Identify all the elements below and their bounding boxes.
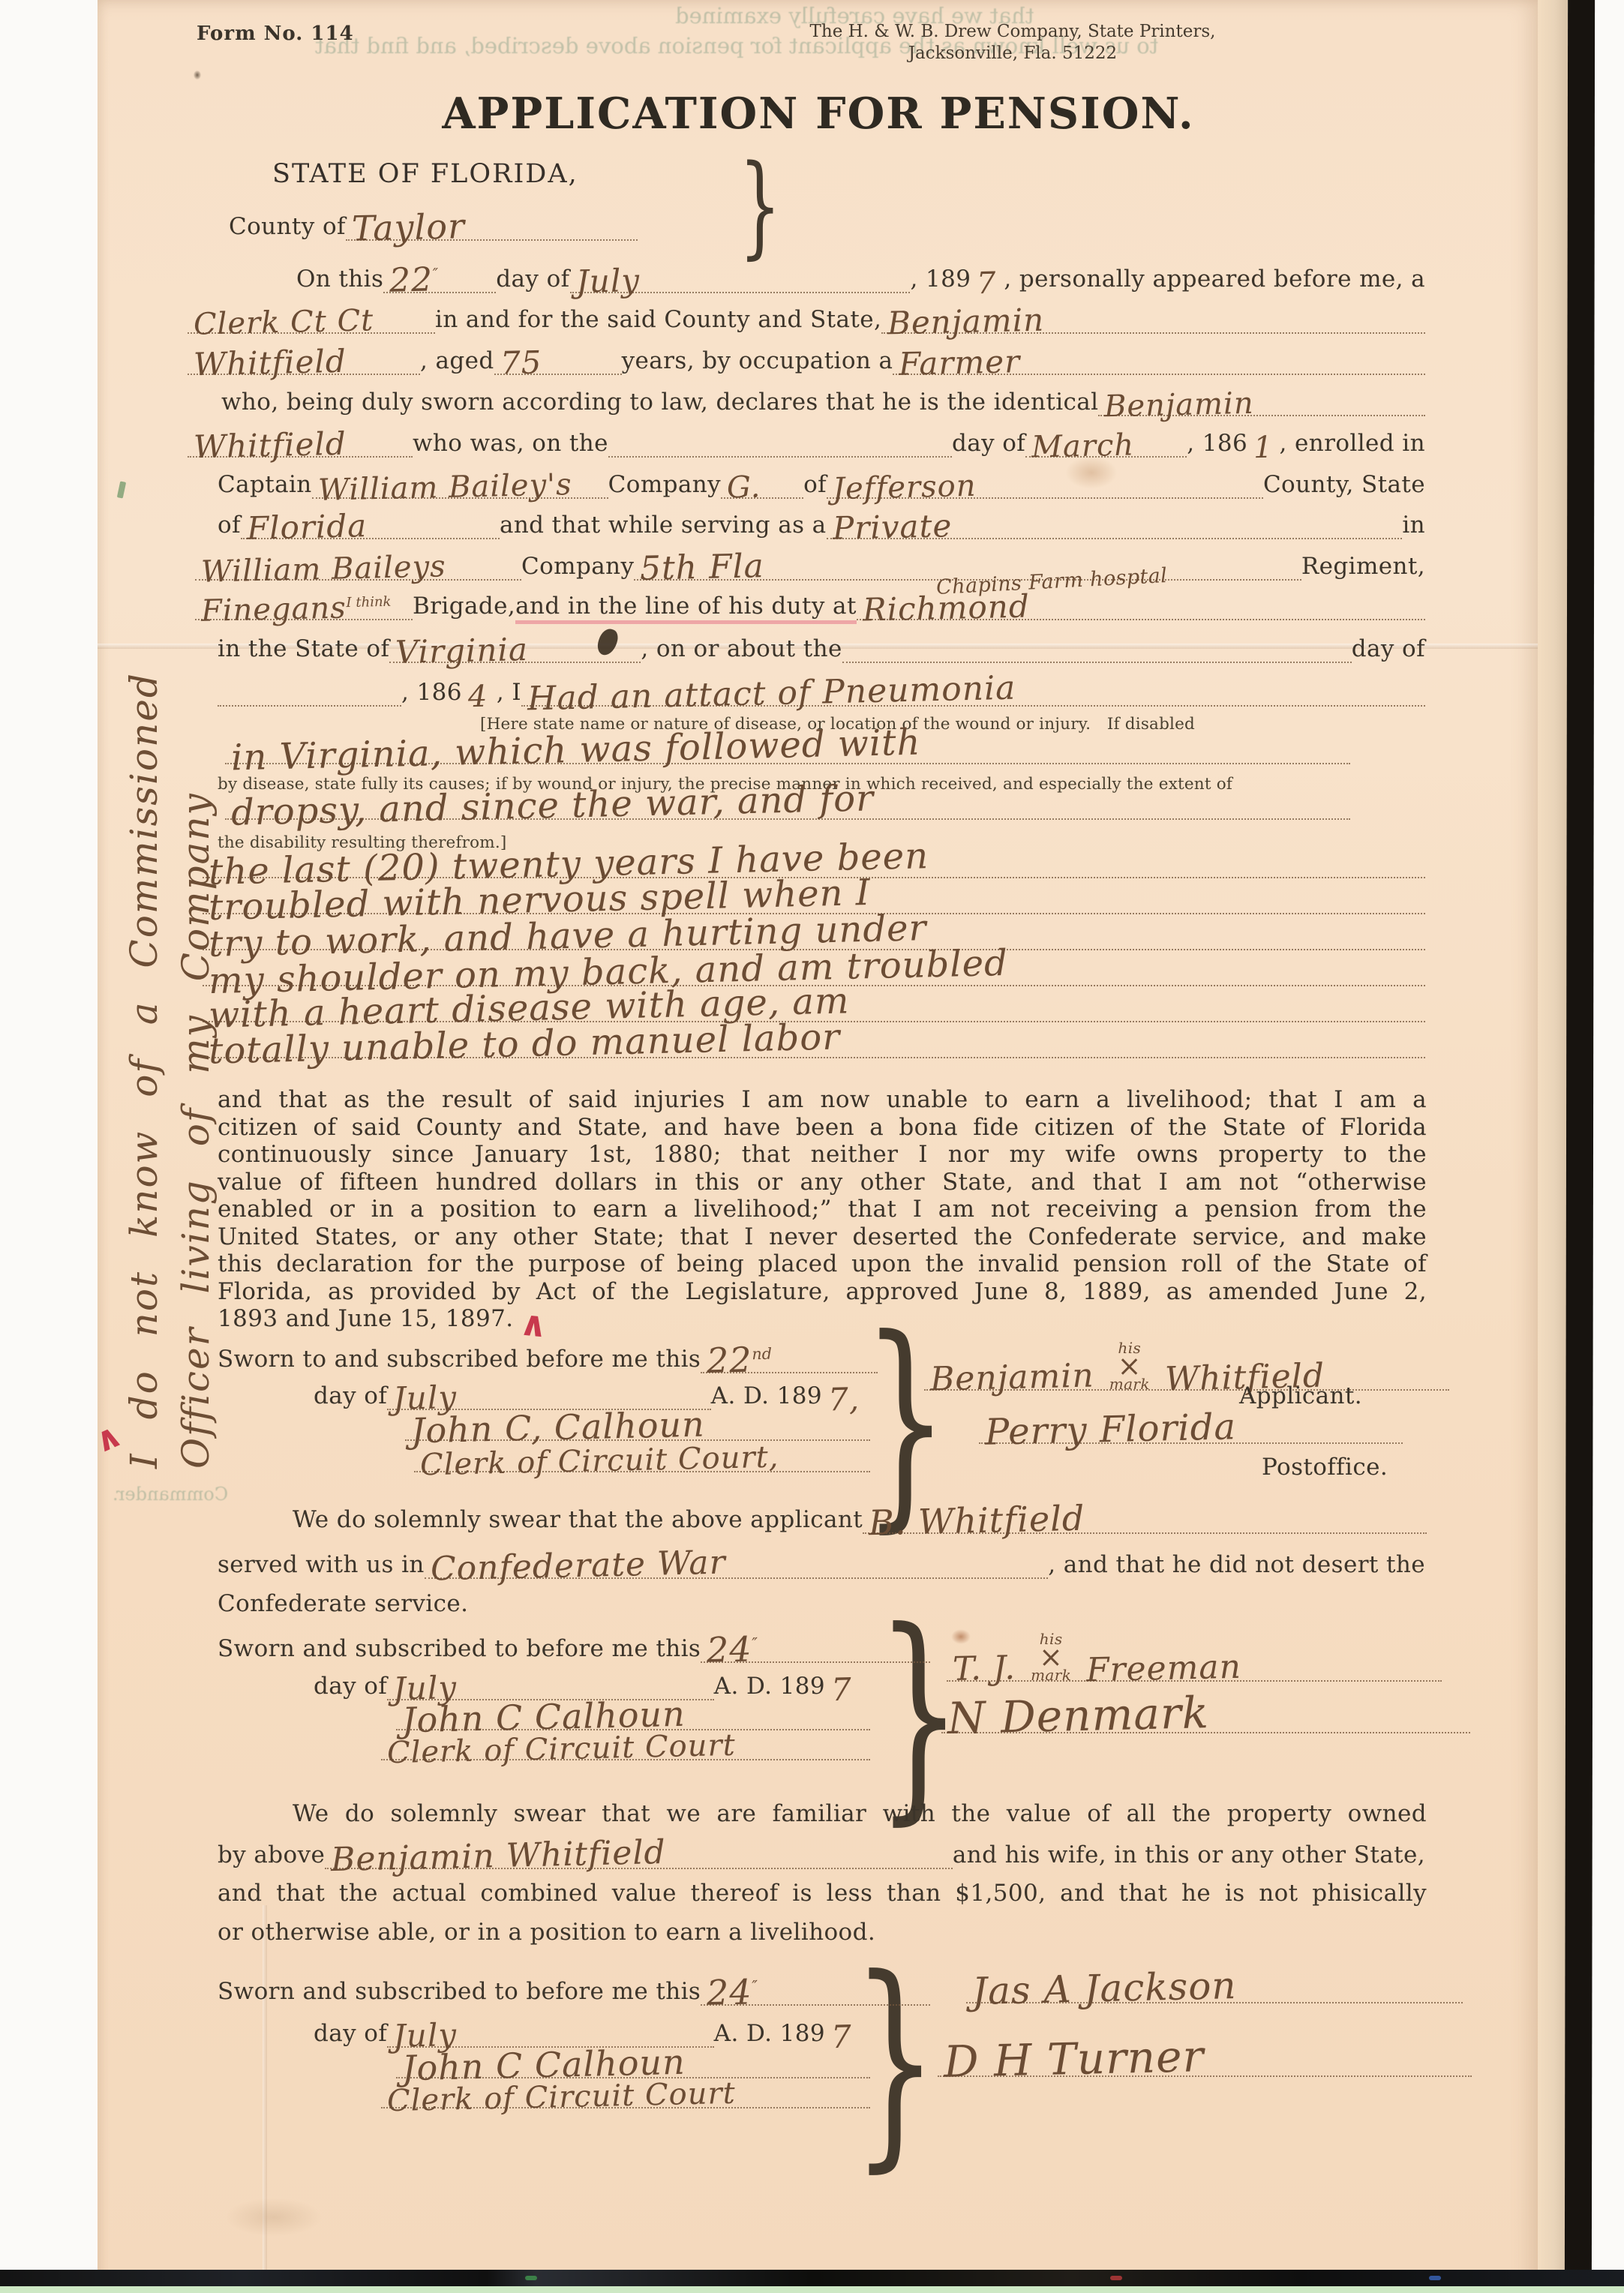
form-line: Confederate service. xyxy=(218,1590,1425,1618)
blank-rule xyxy=(842,662,1352,663)
form-line: Perry Florida xyxy=(979,1412,1403,1444)
x-mark: × xyxy=(1039,1646,1063,1668)
handwritten-entry: William Bailey's xyxy=(311,470,578,506)
entry-rule: March xyxy=(1025,431,1187,458)
entry-rule: Taylor xyxy=(346,210,638,241)
form-line: N Denmark xyxy=(941,1694,1470,1733)
state-heading: STATE OF FLORIDA, xyxy=(272,159,578,189)
entry-rule: try to work, and have a hurting under xyxy=(203,918,1425,950)
his-mark-cross: his×mark xyxy=(1031,1632,1071,1682)
printed-text: and that while serving as a xyxy=(500,512,827,539)
printed-text: , personally appeared before me, a xyxy=(1004,266,1425,293)
handwritten-entry: Taylor xyxy=(345,209,471,246)
printed-text: Regiment, xyxy=(1301,553,1425,581)
handwritten-entry: 75 xyxy=(494,347,548,380)
handwritten-superscript: ″ xyxy=(752,1634,758,1652)
printed-text: Sworn and subscribed to before me this xyxy=(218,1978,701,2006)
printed-text: years, by occupation a xyxy=(622,347,893,375)
printed-text: in xyxy=(1402,512,1425,539)
entry-rule: Whitfield xyxy=(188,430,413,458)
handwritten-entry: 5th Fla xyxy=(634,550,771,586)
declaration-line: this declaration for the purpose of bein… xyxy=(218,1250,1427,1278)
printed-text: Captain xyxy=(218,471,312,499)
printed-text: Brigade, xyxy=(413,593,515,620)
printed-text: who was, on the xyxy=(413,430,608,458)
handwritten-entry: 1 xyxy=(1247,433,1280,464)
entry-rule: dropsy, and since the war, and for xyxy=(225,788,1350,820)
handwritten-entry: Jas A Jackson xyxy=(965,1967,1243,2010)
ghost-bleed-line: Commander. xyxy=(113,1484,228,1505)
handwritten-entry: Farmer xyxy=(893,346,1027,380)
entry-rule: 7 xyxy=(825,1674,870,1700)
entry-rule: Florida xyxy=(241,512,500,539)
entry-rule: Private xyxy=(827,512,1403,539)
entry-rule: Benjamin xyxy=(924,1361,1100,1389)
handwritten-superscript: ″ xyxy=(752,1977,758,1995)
form-line: William Baileys Company 5th Fla Regiment… xyxy=(195,551,1425,581)
pension-application-scan: that we have carefully examinedto us wel… xyxy=(0,0,1624,2293)
handwritten-entry: D H Turner xyxy=(937,2034,1210,2084)
paper-torn-edge xyxy=(1538,0,1568,2293)
printed-text: of xyxy=(218,512,241,539)
handwritten-entry: Whitfield xyxy=(188,346,353,381)
printed-text: day of xyxy=(496,266,569,293)
printed-text: day of xyxy=(314,2020,387,2048)
entry-rule: July xyxy=(570,266,911,293)
mark-label: mark xyxy=(1031,1668,1071,1682)
printed-text: and his wife, in this or any other State… xyxy=(953,1841,1425,1869)
form-line: Whitfield, aged 75 years, by occupation … xyxy=(188,347,1425,375)
printed-text: Applicant. xyxy=(1239,1382,1362,1410)
handwritten-entry: Clerk of Circuit Court xyxy=(381,2078,742,2117)
printed-text: Postoffice. xyxy=(1262,1454,1388,1481)
entry-rule: John C Calhoun xyxy=(396,1700,870,1730)
entry-rule: Jefferson xyxy=(827,473,1263,499)
printed-text: served with us in xyxy=(218,1551,425,1579)
his-mark-cross: his×mark xyxy=(1109,1341,1150,1391)
printed-text: , aged xyxy=(420,347,494,375)
printed-text: Sworn and subscribed to before me this xyxy=(218,1635,701,1663)
form-line: Whitfield who was, on the day of March, … xyxy=(188,430,1425,458)
printed-text: Company xyxy=(608,471,721,499)
entry-rule: 24″ xyxy=(701,1632,930,1663)
handwritten-entry: 24″ xyxy=(701,1974,764,2010)
entry-rule: T. J. xyxy=(947,1652,1022,1680)
form-line: Clerk Ct Ct in and for the said County a… xyxy=(188,306,1425,334)
declaration-line: value of fifteen hundred dollars in this… xyxy=(218,1169,1427,1196)
printed-text: County, State xyxy=(1263,471,1425,499)
handwritten-superscript: ″ xyxy=(433,266,439,283)
printed-text: day of xyxy=(952,430,1025,458)
entry-rule: 75 xyxy=(494,347,622,375)
handwritten-entry: Perry Florida xyxy=(979,1409,1243,1451)
entry-rule: B. Whitfield xyxy=(863,1503,1427,1534)
blank-rule xyxy=(218,705,401,707)
handwritten-entry: July xyxy=(569,265,646,298)
entry-rule: Clerk Ct Ct xyxy=(188,308,435,334)
form-line: John C Calhoun xyxy=(396,2048,870,2078)
handwritten-entry: William Baileys xyxy=(195,551,453,587)
printed-text: , on or about the xyxy=(641,635,842,663)
entry-rule: William Bailey's xyxy=(312,473,608,499)
handwritten-entry: N Denmark xyxy=(941,1691,1215,1740)
stain xyxy=(951,1629,971,1644)
printed-text: A. D. 189 xyxy=(714,2020,825,2048)
printed-text: of xyxy=(803,471,827,499)
printed-text: in and for the said County and State, xyxy=(435,306,881,334)
handwritten-entry: 22″ xyxy=(383,263,445,298)
entry-rule: in Virginia, which was followed with xyxy=(225,732,1350,764)
handwritten-entry: Whitfield xyxy=(188,428,353,464)
handwritten-entry: Clerk of Circuit Court, xyxy=(414,1442,785,1480)
printed-text: On this xyxy=(296,266,383,293)
form-line: T. J.his×markFreeman xyxy=(947,1631,1442,1682)
form-line: Sworn and subscribed to before me this 2… xyxy=(218,1975,930,2006)
form-line: Jas A Jackson xyxy=(966,1970,1463,2003)
declaration-paragraph: and that as the result of said injuries … xyxy=(218,1086,1427,1333)
entry-rule: N Denmark xyxy=(941,1694,1215,1732)
scanner-green-strip xyxy=(0,2286,1624,2293)
x-mark: × xyxy=(1118,1355,1142,1377)
printed-text: We do solemnly swear that we are familia… xyxy=(293,1800,1427,1827)
printed-text: and that the actual combined value there… xyxy=(218,1880,1427,1907)
declaration-line: citizen of said County and State, and ha… xyxy=(218,1114,1427,1142)
printed-text: County of xyxy=(229,213,346,241)
scan-noise-dot xyxy=(1110,2276,1122,2280)
form-line: FinegansI think Brigade, and in the line… xyxy=(195,593,1425,620)
form-line: dropsy, and since the war, and for xyxy=(225,788,1350,820)
mark-label: mark xyxy=(1109,1377,1150,1391)
form-line: Clerk of Circuit Court xyxy=(381,2082,870,2108)
printed-text: Sworn to and subscribed before me this xyxy=(218,1346,701,1373)
printed-text: day of xyxy=(314,1382,387,1410)
handwritten-entry: 22nd xyxy=(701,1342,779,1378)
printer-imprint: The H. & W. B. Drew Company, State Print… xyxy=(795,21,1230,65)
printed-text: in the State of xyxy=(218,635,389,663)
form-line: , 1864, I Had an attact of Pneumonia xyxy=(218,677,1425,707)
printed-text: , 186 xyxy=(401,679,462,707)
entry-rule: Benjamin Whitfield xyxy=(325,1840,953,1869)
printer-line-2: Jacksonville, Fla. 51222 xyxy=(795,43,1230,65)
scan-noise-dot xyxy=(1429,2276,1441,2280)
form-line: Captain William Bailey's Company G. of J… xyxy=(218,471,1425,499)
entry-rule: Perry Florida xyxy=(979,1412,1242,1442)
handwritten-entry: 24″ xyxy=(701,1631,764,1667)
handwritten-entry: Private xyxy=(826,510,958,545)
form-line: who, being duly sworn according to law, … xyxy=(221,389,1425,416)
printed-text: A. D. 189 xyxy=(711,1382,822,1410)
margin-note-line-2: Officer living of my Company xyxy=(170,672,222,1469)
handwritten-entry: Confederate War xyxy=(424,1546,732,1586)
printed-text: Company xyxy=(521,553,634,581)
entry-rule: 24″ xyxy=(701,1975,930,2006)
handwritten-superscript: nd xyxy=(752,1345,772,1364)
form-line: Postoffice. xyxy=(1262,1454,1425,1481)
handwritten-entry: FinegansI think xyxy=(195,592,398,626)
declaration-line: continuously since January 1st, 1880; th… xyxy=(218,1141,1427,1169)
form-line: by above Benjamin Whitfield and his wife… xyxy=(218,1840,1425,1869)
form-line: John C Calhoun xyxy=(396,1700,870,1730)
entry-rule: 1 xyxy=(1247,433,1279,458)
entry-rule: Benjamin xyxy=(1098,390,1425,416)
handwritten-entry: Clerk of Circuit Court xyxy=(381,1730,742,1769)
handwritten-entry: Florida xyxy=(240,510,373,545)
entry-rule: Clerk of Circuit Court xyxy=(381,2082,870,2108)
printed-text: day of xyxy=(314,1673,387,1700)
form-line: On this 22″ day of July, 1897, personall… xyxy=(296,264,1425,293)
margin-note: I do not know of a Commissioned Officer … xyxy=(119,672,222,1469)
handwritten-entry: Clerk Ct Ct xyxy=(188,305,380,340)
printed-text: , I xyxy=(497,679,521,707)
handwritten-entry: Benjamin xyxy=(1098,389,1260,422)
entry-rule: RichmondChapins Farm hosptal xyxy=(857,593,1425,620)
printed-text: by above xyxy=(218,1841,325,1869)
entry-rule: Clerk of Circuit Court xyxy=(381,1734,870,1760)
entry-rule: 7, xyxy=(822,1384,870,1410)
form-line: and that the actual combined value there… xyxy=(218,1880,1427,1907)
entry-rule: G. xyxy=(721,473,803,499)
entry-rule: D H Turner xyxy=(938,2037,1210,2075)
form-line: in Virginia, which was followed with xyxy=(225,732,1350,764)
declaration-line: enabled or in a position to earn a livel… xyxy=(218,1196,1427,1223)
form-line: in the State of Virginia, on or about th… xyxy=(218,635,1425,663)
entry-rule: Freeman xyxy=(1080,1652,1247,1680)
declaration-line: United States, or any other State; that … xyxy=(218,1223,1427,1251)
form-line: John C, Calhoun xyxy=(405,1410,870,1441)
entry-rule: John C Calhoun xyxy=(396,2048,870,2078)
entry-rule: 7 xyxy=(825,2021,870,2048)
printed-text: , and that he did not desert the xyxy=(1048,1551,1425,1579)
printed-text: We do solemnly swear that the above appl… xyxy=(293,1506,863,1534)
form-line: of Florida and that while serving as a P… xyxy=(218,512,1425,539)
scanner-bottom-band xyxy=(0,2270,1624,2286)
stain xyxy=(1065,456,1118,489)
entry-rule: Clerk of Circuit Court, xyxy=(414,1446,870,1472)
handwritten-entry: Benjamin xyxy=(881,305,1051,340)
handwritten-entry: Freeman xyxy=(1080,1651,1248,1688)
handwritten-entry: 7 xyxy=(971,269,1003,299)
printed-text: who, being duly sworn according to law, … xyxy=(221,389,1098,416)
entry-rule: totally unable to do manuel labor xyxy=(203,1026,1425,1058)
form-line: totally unable to do manuel labor xyxy=(203,1026,1425,1058)
printed-text: and in the line of his duty at xyxy=(515,593,857,620)
stain xyxy=(194,71,201,80)
scan-edge-black-strip xyxy=(1565,0,1595,2293)
printer-line-1: The H. & W. B. Drew Company, State Print… xyxy=(795,21,1230,43)
entry-rule: William Baileys xyxy=(195,554,521,581)
entry-rule: Whitfield xyxy=(188,347,420,375)
handwritten-entry: 4 xyxy=(461,682,494,713)
entry-rule: Jas A Jackson xyxy=(966,1970,1243,2002)
printed-text: day of xyxy=(1352,635,1425,663)
form-line: try to work, and have a hurting under xyxy=(203,918,1425,950)
handwritten-entry: G. xyxy=(721,472,767,503)
form-line: or otherwise able, or in a position to e… xyxy=(218,1919,1425,1946)
declaration-line: Florida, as provided by Act of the Legis… xyxy=(218,1278,1427,1306)
scan-noise-dot xyxy=(525,2276,537,2280)
handwritten-entry: Virginia xyxy=(389,634,535,668)
entry-rule: FinegansI think xyxy=(195,594,413,620)
form-line: served with us in Confederate War, and t… xyxy=(218,1550,1425,1579)
handwritten-entry: Jefferson xyxy=(827,471,983,505)
entry-rule: 22″ xyxy=(383,264,496,293)
declaration-line: and that as the result of said injuries … xyxy=(218,1086,1427,1114)
form-line: Applicant. xyxy=(1239,1382,1425,1410)
form-line: We do solemnly swear that we are familia… xyxy=(293,1800,1427,1828)
entry-rule: Confederate War xyxy=(425,1550,1048,1579)
printed-text: , enrolled in xyxy=(1280,430,1425,458)
stain xyxy=(225,2198,323,2237)
handwritten-entry: T. J. xyxy=(947,1652,1022,1686)
blank-rule xyxy=(608,456,952,458)
entry-rule: 22nd xyxy=(701,1343,878,1373)
entry-rule: Farmer xyxy=(893,347,1425,375)
handwritten-superscript: I think xyxy=(346,594,391,611)
entry-rule: John C, Calhoun xyxy=(405,1410,870,1441)
red-caret-mark: ∧ xyxy=(518,1302,550,1346)
printed-text: A. D. 189 xyxy=(714,1673,825,1700)
handwritten-entry: Benjamin xyxy=(924,1360,1101,1397)
form-line: Sworn to and subscribed before me this 2… xyxy=(218,1343,878,1373)
form-line: County of Taylor xyxy=(229,210,638,241)
entry-rule: Benjamin xyxy=(881,306,1425,334)
margin-note-line-1: I do not know of a Commissioned xyxy=(119,672,170,1469)
form-line: We do solemnly swear that the above appl… xyxy=(293,1503,1427,1534)
form-line: Clerk of Circuit Court xyxy=(381,1734,870,1760)
form-line: Clerk of Circuit Court, xyxy=(414,1446,870,1472)
printed-text: Confederate service. xyxy=(218,1590,468,1618)
printed-text: or otherwise able, or in a position to e… xyxy=(218,1919,875,1946)
printed-text: , 189 xyxy=(910,266,971,293)
handwritten-entry: Benjamin Whitfield xyxy=(325,1836,673,1877)
declaration-line: 1893 and June 15, 1897. xyxy=(218,1305,1427,1333)
brace-glyph: } xyxy=(739,161,782,250)
entry-rule: 7 xyxy=(971,269,1004,293)
form-line: Sworn and subscribed to before me this 2… xyxy=(218,1632,930,1663)
form-line: D H Turner xyxy=(938,2037,1472,2077)
form-number: Form No. 114 xyxy=(197,23,354,45)
page-title: APPLICATION FOR PENSION. xyxy=(98,89,1539,139)
printed-text: , 186 xyxy=(1187,430,1247,458)
entry-rule: 4 xyxy=(462,682,497,707)
entry-rule: Had an attact of Pneumonia xyxy=(521,677,1425,707)
handwritten-entry: B. Whitfield xyxy=(863,1501,1091,1541)
